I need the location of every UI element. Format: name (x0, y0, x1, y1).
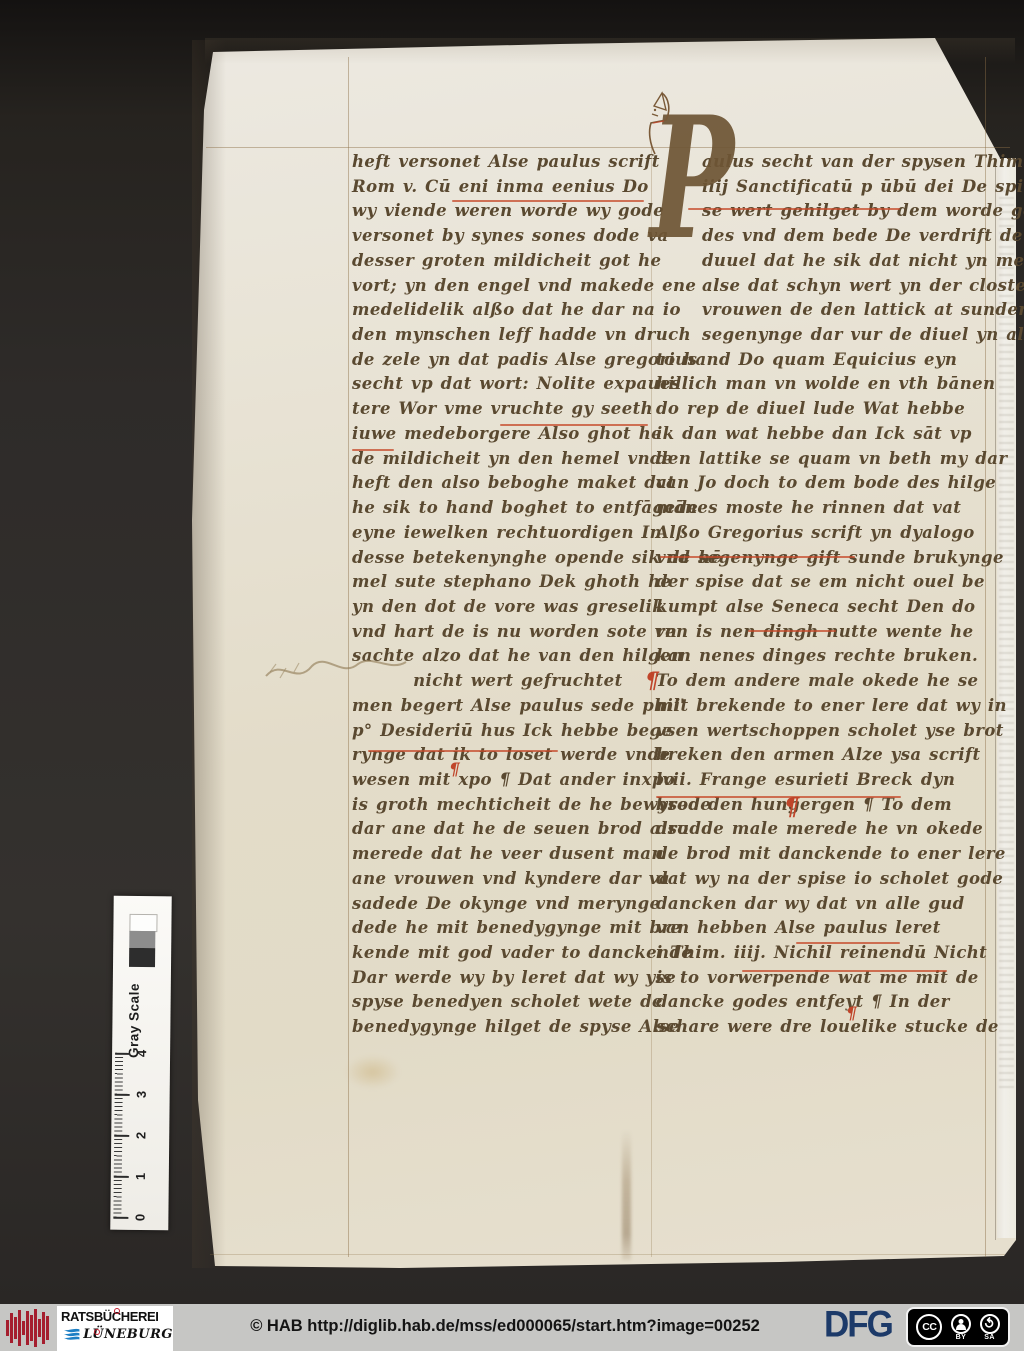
manuscript-line: segenynge dar vur de diuel yn al (656, 323, 992, 348)
dfg-logo[interactable]: DFG (824, 1304, 892, 1346)
rubrication-underline (368, 750, 558, 752)
manuscript-line: mel sute stephano Dek ghoth he (352, 570, 634, 595)
manuscript-line: to hand Do quam Equicius eyn (656, 348, 992, 373)
manuscript-line: he sik to hand boghet to entfāgede (352, 496, 634, 521)
manuscript-line: vnd hart de is nu worden sote vn (352, 620, 634, 645)
manuscript-line: merede dat he veer dusent man (352, 842, 634, 867)
copyright-url-text: © HAB http://diglib.hab.de/mss/ed000065/… (250, 1317, 760, 1336)
manuscript-line: i Thim. iiij. Nichil reinendū Nicht (656, 941, 992, 966)
rubrication-underline (500, 424, 648, 426)
rubrication-pilcrow: ¶ (846, 1004, 857, 1024)
ruler-cm-tick (115, 1094, 130, 1096)
library-bars-logo-icon (6, 1309, 49, 1347)
manuscript-line: sadede De okynge vnd merynge (352, 892, 634, 917)
manuscript-line: van hebben Alse paulus leret (656, 916, 992, 941)
manuscript-line: breken den armen Alze ysa scrift (656, 743, 992, 768)
manuscript-line: kende mit god vader to danckende (352, 941, 634, 966)
manuscript-line: heft versonet Alse paulus scrift (352, 150, 634, 175)
manuscript-line: vsen wertschoppen scholet yse brot (656, 719, 992, 744)
manuscript-line: mānes moste he rinnen dat vat (656, 496, 992, 521)
manuscript-line: dede he mit benedygynge mit bre (352, 916, 634, 941)
manuscript-line: de zele yn dat padis Alse gregorius (352, 348, 634, 373)
manuscript-line: To dem andere male okede he se (656, 669, 992, 694)
footer-bar: RATSBÜCHEREI LÜNEBURG © HAB http://digli… (0, 1304, 1024, 1351)
rubrication-underline (452, 200, 644, 202)
library-logo: RATSBÜCHEREI LÜNEBURG (57, 1306, 173, 1351)
manuscript-line: den lattike se quam vn beth my dar (656, 447, 992, 472)
digitized-manuscript-viewer: P heft versonet Alse paulus scriftRom v.… (0, 0, 1024, 1351)
manuscript-line: kumpt alse Seneca secht Den do (656, 595, 992, 620)
manuscript-line: vrouwen de den lattick at sunder (656, 298, 992, 323)
ruler-cm-tick (115, 1053, 130, 1055)
cc-by-label: BY (956, 1334, 967, 1341)
manuscript-line: p° Desideriū hus Ick hebbe bege (352, 719, 634, 744)
manuscript-line: ren is nen dingh nutte wente he (656, 620, 992, 645)
ruler-label: Gray Scale (126, 978, 142, 1058)
rubrication-pilcrow: ¶ (784, 792, 799, 821)
manuscript-line: mit brekende to ener lere dat wy in (656, 694, 992, 719)
manuscript-line: Dar werde wy by leret dat wy yse (352, 966, 634, 991)
cc-sa-label: SA (984, 1334, 995, 1341)
cc-logo-icon: CC (916, 1314, 942, 1340)
ruler-number: 2 (133, 1132, 148, 1139)
manuscript-line: eyne iewelken rechtuordigen In (352, 521, 634, 546)
rubrication-underline (660, 556, 855, 558)
manuscript-line: tere Wor vme vruchte gy seeth (352, 397, 634, 422)
umlaut-red-dot (94, 1329, 100, 1335)
umlaut-red-dot (114, 1308, 120, 1314)
manuscript-line: ane vrouwen vnd kyndere dar va (352, 867, 634, 892)
manuscript-line: is groth mechticheit de he bewysede (352, 793, 634, 818)
manuscript-line: men begert Alse paulus sede phil' (352, 694, 634, 719)
cc-by-person-icon (951, 1314, 971, 1334)
rubrication-underline (742, 970, 947, 972)
manuscript-line: dar ane dat he de seuen brod also (352, 817, 634, 842)
manuscript-line: dat wy na der spise io scholet gode (656, 867, 992, 892)
manuscript-line: heft den also beboghe maket dat (352, 471, 634, 496)
pen-flourish-icon (264, 652, 409, 692)
parchment-streak-stain (622, 1130, 631, 1260)
manuscript-line: benedygynge hilget de spyse Alse (352, 1015, 634, 1040)
manuscript-line: dancken dar wy dat vn alle gud (656, 892, 992, 917)
calibration-patch-white (129, 914, 157, 932)
rubrication-underline (796, 942, 900, 944)
binding-gutter-shadow (192, 40, 226, 1268)
manuscript-line: medelidelik alßo dat he dar na io (352, 298, 634, 323)
left-text-column: heft versonet Alse paulus scriftRom v. C… (352, 150, 634, 1040)
ruler-number: 1 (133, 1173, 148, 1180)
ruling-line-horizontal-bottom (210, 1254, 1005, 1255)
manuscript-line: desse betekenynghe opende sik de hē (352, 546, 634, 571)
ruler-cm-tick (114, 1135, 129, 1137)
manuscript-line: yn den dot de vore was greselik (352, 595, 634, 620)
manuscript-line: schare were dre louelike stucke de (656, 1015, 992, 1040)
page-top-shadow (205, 38, 1015, 64)
wave-book-icon (63, 1326, 80, 1342)
manuscript-line: de mildicheit yn den hemel vnde (352, 447, 634, 472)
ruler-number: 0 (132, 1214, 147, 1221)
manuscript-line: Rom v. Cū eni inma eenius Do (352, 175, 634, 200)
manuscript-line: den mynschen leff hadde vn druch (352, 323, 634, 348)
calibration-patch-gray (129, 931, 155, 948)
ruler-number: 3 (134, 1091, 149, 1098)
manuscript-line: spyse benedyen scholet wete de (352, 990, 634, 1015)
ruler-cm-tick (114, 1176, 129, 1178)
cc-license-badge[interactable]: CC BY ↺ SA (906, 1307, 1010, 1347)
manuscript-photo: P heft versonet Alse paulus scriftRom v.… (0, 0, 1024, 1304)
manuscript-line: rynge dat ik to loset werde vnde (352, 743, 634, 768)
manuscript-line: do rep de diuel lude Wat hebbe (656, 397, 992, 422)
initial-face-drawing-icon (638, 90, 680, 168)
manuscript-line: versonet by synes sones dode va (352, 224, 634, 249)
ruler-cm-tick (113, 1217, 128, 1219)
manuscript-line: desser groten mildicheit got he (352, 249, 634, 274)
manuscript-line: kan nenes dinges rechte bruken. (656, 644, 992, 669)
ruler-number: 4 (134, 1050, 149, 1057)
ruler-numbers: 43210 (114, 896, 172, 897)
manuscript-line: vort; yn den engel vnd makede ene (352, 274, 634, 299)
manuscript-line: dancke godes entfeyt ¶ In der (656, 990, 992, 1015)
manuscript-line: Alßo Gregorius scrift yn dyalogo (656, 521, 992, 546)
parchment-stain (345, 1055, 400, 1089)
rubrication-pilcrow: ¶ (449, 760, 460, 780)
manuscript-line: wesen mit xpo ¶ Dat ander inxpo (352, 768, 634, 793)
cc-sa-arrow-icon: ↺ (980, 1314, 1000, 1334)
rubrication-underline (656, 796, 901, 798)
calibration-patch-black (129, 948, 155, 967)
manuscript-line: van Jo doch to dem bode des hilge (656, 471, 992, 496)
manuscript-line: der spise dat se em nicht ouel be (656, 570, 992, 595)
manuscript-line: lvii. Frange esurieti Breck dyn (656, 768, 992, 793)
manuscript-line: drudde male merede he vn okede (656, 817, 992, 842)
rubrication-underline (352, 449, 394, 451)
manuscript-line: ik dan wat hebbe dan Ick sāt vp (656, 422, 992, 447)
manuscript-line: de brod mit danckende to ener lere (656, 842, 992, 867)
right-text-column: aulus secht van der spysen Thimiiij Sanc… (656, 150, 992, 1040)
gray-scale-ruler: Gray Scale 43210 (110, 896, 171, 1231)
manuscript-line: secht vp dat wort: Nolite expaues (352, 372, 634, 397)
manuscript-line: wy viende weren worde wy gode (352, 199, 634, 224)
manuscript-line: hillich man vn wolde en vth bānen (656, 372, 992, 397)
rubrication-underline (748, 630, 836, 632)
rubrication-pilcrow: ¶ (645, 668, 659, 694)
ruling-line-horizontal-top (206, 147, 1010, 148)
